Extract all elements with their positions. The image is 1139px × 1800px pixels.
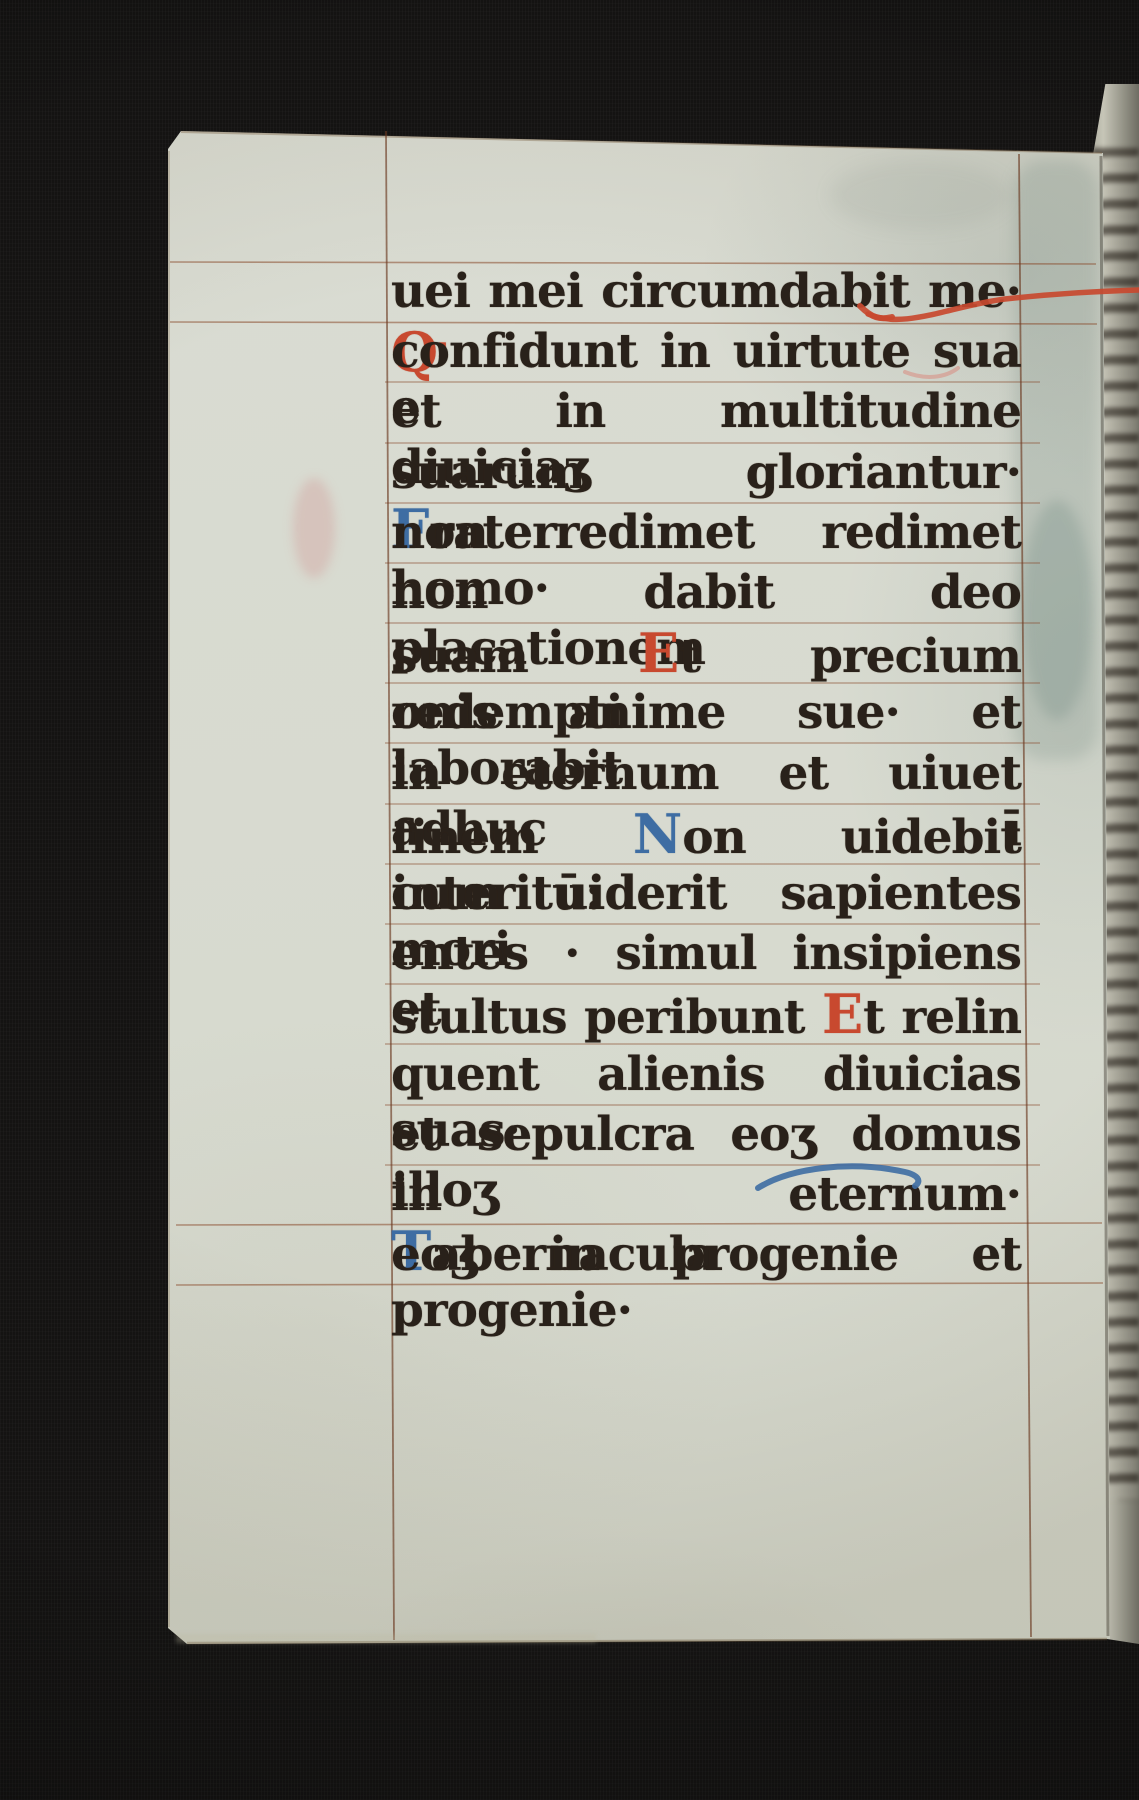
versal-initial: E [822,982,863,1046]
text-line: in eternum et uiuet adhuc ī [391,746,1021,806]
page-bottom-edge-highlight [176,1634,596,1643]
text-line: entes · simul insipiens et [391,926,1021,986]
line-text: suarum gloriantur· [391,445,1021,500]
text-line: et in multitudine diuiciaʒ [391,384,1021,444]
text-line: onis anime sue· et laborabit [391,685,1021,745]
line-text: uei mei circumdabit me· [391,264,1021,319]
line-text: suam [391,629,638,684]
text-line: eoʒ in progenie et progenie· [391,1227,1021,1287]
text-line: quent alienis diuicias suas· [391,1047,1021,1107]
line-text: stultus peribunt [391,990,822,1045]
line-text: finem [391,810,633,865]
text-line: finem Non uidebit interitū: [391,806,1021,866]
versal-initial: E [638,621,679,685]
text-line: non dabit deo placationem [391,565,1021,625]
line-text: eoʒ in progenie et progenie· [391,1227,1021,1338]
text-line: suarum gloriantur· Frater [391,445,1021,505]
text-line: suam Et precium redempti [391,625,1021,685]
text-block: uei mei circumdabit me· Qı confidunt in … [0,0,1139,1800]
line-text: t relin [863,990,1021,1045]
text-line: stultus peribunt Et relin [391,986,1021,1046]
text-line: non redimet redimet homo· [391,505,1021,565]
versal-initial: N [633,802,682,866]
text-line: in eternum· Tabernacula [391,1167,1021,1227]
text-line: uei mei circumdabit me· Qı [391,264,1021,324]
text-line: cum uiderit sapientes mori [391,866,1021,926]
text-line: et sepulcra eoʒ domus illoʒ [391,1107,1021,1167]
line-text: in eternum· [391,1167,1021,1222]
text-line: confidunt in uirtute sua e [391,324,1021,384]
photo-background: uei mei circumdabit me· Qı confidunt in … [0,0,1139,1800]
